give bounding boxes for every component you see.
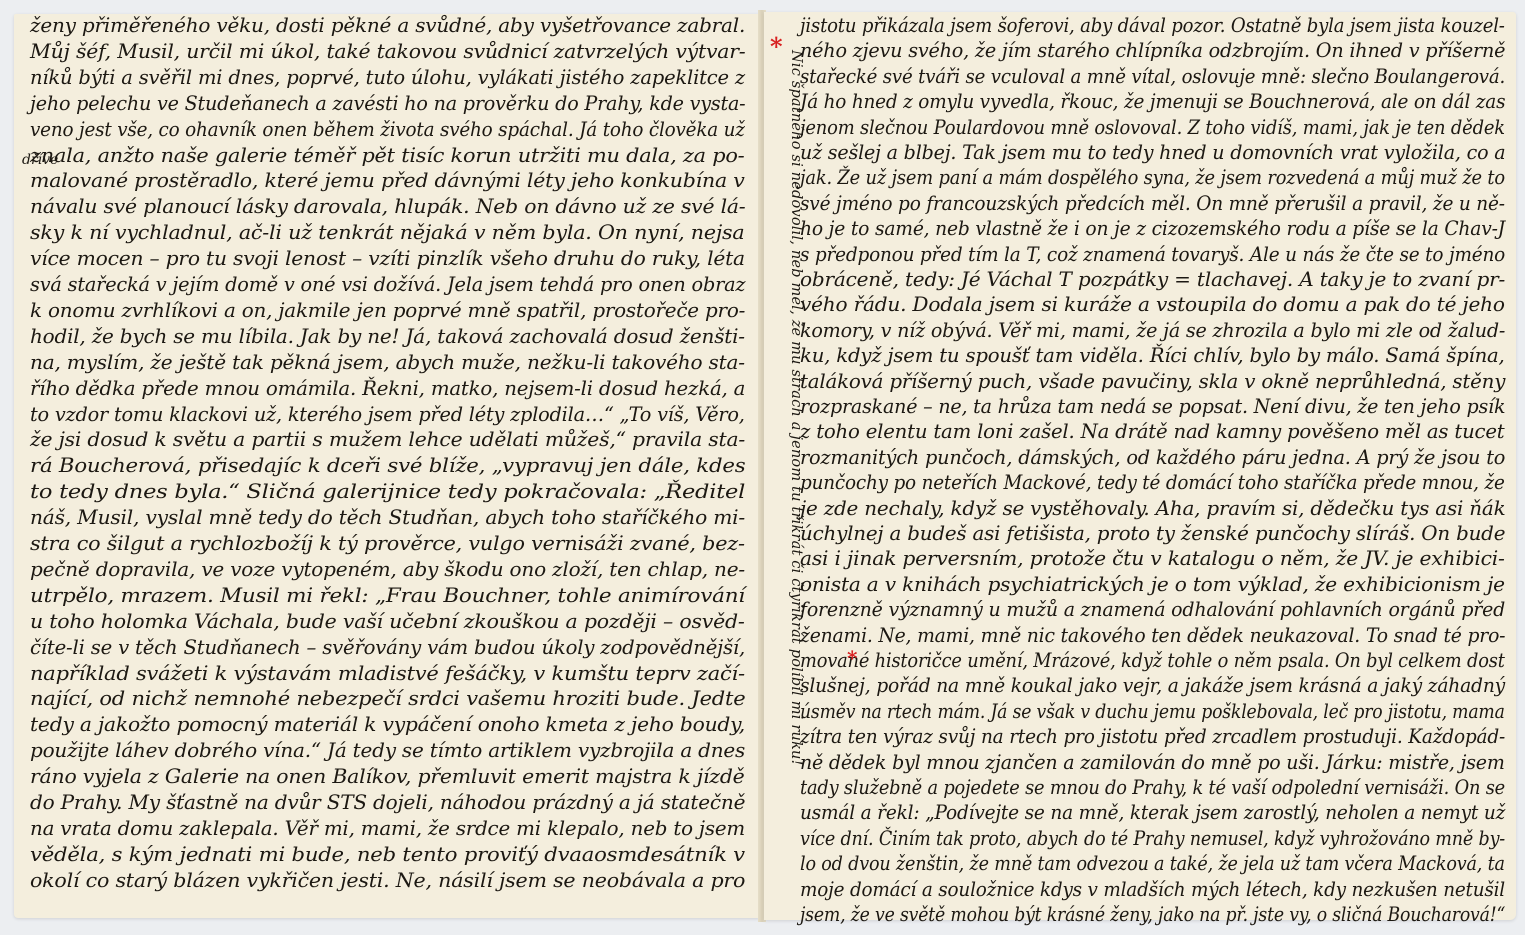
manuscript-line: malované prostěradlo, které jemu před dá… <box>30 169 745 192</box>
manuscript-line: svá stařecká v jejím domě v oné vsi doží… <box>30 273 745 296</box>
manuscript-line: asi i jinak perversním, protože čtu v ka… <box>800 547 1505 570</box>
manuscript-line: jeho pelechu ve Studeňanech a zavésti ho… <box>30 92 745 115</box>
manuscript-line: jak. Že už jsem paní a mám dospělého syn… <box>800 166 1505 189</box>
manuscript-line: jistotu přikázala jsem šoferovi, aby dáv… <box>800 14 1505 37</box>
manuscript-line: s předponou před tím la T, což znamená t… <box>800 243 1505 266</box>
manuscript-line: mované historičce umění, Mrázové, když t… <box>800 649 1505 672</box>
manuscript-line: utrpělo, mrazem. Musil mi řekl: „Frau Bo… <box>30 584 745 607</box>
red-asterisk-marker: * <box>770 32 783 61</box>
manuscript-line: k onomu zvrhlíkovi a on, jakmile jen pop… <box>30 299 745 322</box>
manuscript-line: úsměv na rtech mám. Já se však v duchu j… <box>800 700 1505 723</box>
manuscript-line: více dní. Činím tak proto, abych do té P… <box>800 827 1505 850</box>
manuscript-line: lo od dvou ženštin, že mně tam odvezou a… <box>800 852 1505 875</box>
manuscript-line: to vzdor tomu klackovi už, kterého jsem … <box>30 403 745 426</box>
manuscript-line: to tedy dnes byla.“ Sličná galerijnice t… <box>30 480 745 503</box>
manuscript-line: je zde nechaly, když se vystěhovaly. Aha… <box>800 497 1505 520</box>
manuscript-line: na, myslím, že ještě tak pěkná jsem, aby… <box>30 351 745 374</box>
manuscript-line: forenzně významný u mužů a znamená odhal… <box>800 598 1505 621</box>
manuscript-line: řího dědka přede mnou omámila. Řekni, ma… <box>30 377 745 400</box>
manuscript-line: na vrata domu zaklepala. Věř mi, mami, ž… <box>30 817 745 840</box>
manuscript-line: tedy a jakožto pomocný materiál k vypáče… <box>30 713 745 736</box>
manuscript-line: například svážeti k výstavám mladistvé f… <box>30 662 745 685</box>
manuscript-line: usmál a řekl: „Podívejte se na mně, kter… <box>800 801 1505 824</box>
manuscript-line: obráceně, tedy: Jé Váchal T pozpátky = t… <box>800 268 1505 291</box>
manuscript-line: vého řádu. Dodala jsem si kuráže a vstou… <box>800 293 1505 316</box>
manuscript-line: ženy přiměřeného věku, dosti pěkné a svů… <box>30 14 745 37</box>
manuscript-line: rozmanitých punčoch, dámských, od každéh… <box>800 446 1505 469</box>
manuscript-line: sky k ní vychladnul, ač-li už tenkrát ně… <box>30 221 744 244</box>
manuscript-line: věděla, s kým jednati mi bude, neb tento… <box>30 843 745 866</box>
manuscript-line: pečně dopravila, ve voze vytopeném, aby … <box>30 558 745 581</box>
manuscript-line: u toho holomka Váchala, bude vaší učební… <box>30 610 745 633</box>
manuscript-line: punčochy po neteřích Mackové, tedy té do… <box>800 471 1505 494</box>
manuscript-line: nající, od nichž nemnohé nebezpečí srdci… <box>30 687 745 710</box>
manuscript-line: taláková příšerný puch, všade pavučiny, … <box>800 370 1505 393</box>
manuscript-line: hodil, že bych se mu líbila. Jak by ne! … <box>30 325 745 348</box>
manuscript-line: zítra ten výraz svůj na rtech pro jistot… <box>800 725 1505 748</box>
manuscript-line: ženami. Ne, mami, mně nic takového ten d… <box>800 624 1505 647</box>
manuscript-line: komory, v níž obývá. Věř mi, mami, že já… <box>800 319 1505 342</box>
red-asterisk-marker-inline: * <box>847 646 857 670</box>
manuscript-line: použijte láhev dobrého vína.“ Já tedy se… <box>30 739 745 762</box>
manuscript-line: níků býti a svěřil mi dnes, poprvé, tuto… <box>30 66 745 89</box>
manuscript-line: jsem, že ve světě mohou být krásné ženy,… <box>800 903 1505 926</box>
manuscript-line: své jméno po francouzských předcích měl.… <box>800 192 1505 215</box>
manuscript-line: ráno vyjela z Galerie na onen Balíkov, p… <box>30 765 745 788</box>
manuscript-line: ho je to samé, neb vlastně že i on je z … <box>800 217 1505 240</box>
manuscript-line: stra co šilgut a rychlozbožíj k tý prově… <box>30 532 745 555</box>
manuscript-line: ně dědek byl mnou zjančen a zamilován do… <box>800 751 1505 774</box>
manuscript-line: okolí co starý blázen vykřičen jesti. Ne… <box>30 869 745 892</box>
manuscript-line: ku, když jsem tu spoušť tam viděla. Říci… <box>800 344 1505 367</box>
manuscript-line: slušnej, pořád na mně koukal jako vejr, … <box>800 674 1505 697</box>
manuscript-line: ného zjevu svého, že jím starého chlípní… <box>800 39 1505 62</box>
manuscript-line: návalu své planoucí lásky darovala, hlup… <box>30 195 745 218</box>
vertical-margin-note: Nic špatného si nedovolil, neb měl, že m… <box>788 50 804 766</box>
manuscript-line: více mocen – pro tu svoji lenost – vzíti… <box>30 247 745 270</box>
manuscript-line: jenom slečnou Poulardovou mně oslovoval.… <box>800 116 1505 139</box>
manuscript-line: že jsi dosud k světu a partii s mužem le… <box>30 428 745 451</box>
manuscript-line: moje domácí a souložnice kdys v mladších… <box>800 878 1505 901</box>
manuscript-line: znala, anžto naše galerie téměř pět tisí… <box>30 144 744 167</box>
manuscript-line: Můj šéf, Musil, určil mi úkol, také tako… <box>30 40 745 63</box>
manuscript-line: rozpraskané – ne, ta hrůza tam nedá se p… <box>800 395 1505 418</box>
manuscript-line: Já ho hned z omylu vyvedla, řkouc, že jm… <box>800 90 1505 113</box>
manuscript-line: onista a v knihách psychiatrických je o … <box>800 573 1505 596</box>
manuscript-line: náš, Musil, vyslal mně tedy do těch Stud… <box>30 506 745 529</box>
manuscript-line: úchylnej a budeš asi fetišista, proto ty… <box>800 522 1505 545</box>
manuscript-line: veno jest vše, co ohavník onen během živ… <box>30 118 745 141</box>
manuscript-line: do Prahy. My šťastně na dvůr STS dojeli,… <box>30 791 745 814</box>
manuscript-line: číte-li se v těch Studňanech – svěřovány… <box>30 636 745 659</box>
manuscript-line: tady služebně a pojedete se mnou do Prah… <box>800 776 1505 799</box>
manuscript-line: rá Boucherová, přisedajíc k dceři své bl… <box>30 454 745 477</box>
manuscript-line: z toho elentu tam loni zašel. Na drátě n… <box>800 420 1504 443</box>
manuscript-line: stařecké své tváři se vculoval a mně vít… <box>800 65 1505 88</box>
manuscript-line: už sešlej a blbej. Tak jsem mu to tedy h… <box>800 141 1505 164</box>
